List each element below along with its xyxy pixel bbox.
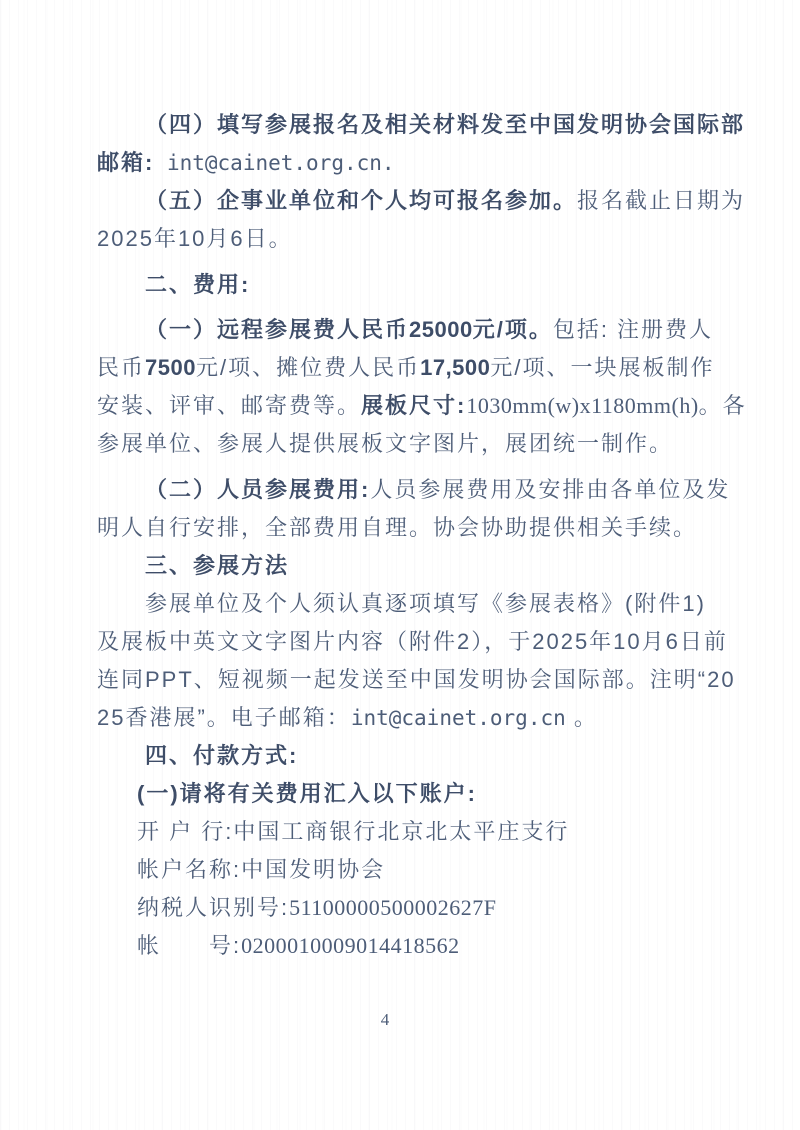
item-4-line-1: （四）填写参展报名及相关材料发至中国发明协会国际部: [97, 106, 713, 144]
fee-1-line-1-seg-1: 25000: [409, 317, 473, 342]
item-4-line-2: 邮箱: int@cainet.org.cn.: [97, 144, 713, 182]
fee-2-line-1-seg-1: 人员参展费用及安排由各单位及发: [370, 477, 730, 502]
fee-1-line-1: （一）远程参展费人民币25000元/项。包括: 注册费人: [97, 311, 713, 349]
taxpayer-id-line: 纳税人识别号:51100000500002627F: [97, 889, 713, 927]
item-5-line-1-seg-0: （五）企事业单位和个人均可报名参加。: [145, 188, 577, 213]
fee-1-line-2-seg-1: 7500: [145, 355, 196, 380]
payment-subheading: (一)请将有关费用汇入以下账户:: [97, 775, 713, 813]
fee-2-line-2-seg-0: 明人自行安排，全部费用自理。协会协助提供相关手续。: [97, 515, 697, 540]
taxpayer-id-line-seg-1: 51100000500002627F: [289, 895, 496, 920]
fee-1-line-1-seg-3: 包括: 注册费人: [553, 317, 713, 342]
method-line-4-seg-0: 25香港展”。电子邮箱：: [97, 705, 351, 730]
fee-1-line-4: 参展单位、参展人提供展板文字图片，展团统一制作。: [97, 425, 713, 463]
fee-1-line-4-seg-0: 参展单位、参展人提供展板文字图片，展团统一制作。: [97, 431, 673, 456]
method-line-1: 参展单位及个人须认真逐项填写《参展表格》(附件1): [97, 585, 713, 623]
section-2-heading: 二、费用:: [97, 266, 713, 304]
section-3-heading: 三、参展方法: [97, 547, 713, 585]
section-3-heading-seg-0: 三、参展方法: [145, 553, 289, 578]
section-4-heading: 四、付款方式:: [97, 737, 713, 775]
account-number-line-seg-0: 帐 号:: [137, 933, 241, 958]
item-5-line-1: （五）企事业单位和个人均可报名参加。报名截止日期为: [97, 182, 713, 220]
method-line-2-seg-0: 及展板中英文文字图片内容（附件2），于2025年10月6日前: [97, 629, 728, 654]
method-line-4-seg-1: int@cainet.org.cn: [351, 706, 566, 730]
section-2-heading-seg-0: 二、费用:: [145, 272, 250, 297]
bank-name-line-seg-0: 开 户 行:中国工商银行北京北太平庄支行: [137, 819, 569, 844]
page-number: 4: [0, 1010, 770, 1030]
item-5-line-2: 2025年10月6日。: [97, 220, 713, 258]
fee-1-line-3-seg-3: 。各: [699, 393, 747, 418]
account-number-line: 帐 号:0200010009014418562: [97, 927, 713, 965]
section-4-heading-seg-0: 四、付款方式:: [145, 743, 298, 768]
item-4-line-2-seg-1: int@cainet.org.cn.: [154, 151, 394, 175]
fee-2-line-1: （二）人员参展费用:人员参展费用及安排由各单位及发: [97, 471, 713, 509]
fee-1-line-2: 民币7500元/项、摊位费人民币17,500元/项、一块展板制作: [97, 349, 713, 387]
fee-1-line-2-seg-4: 元/项、一块展板制作: [490, 355, 714, 380]
scanned-document-page: { "page": { "number": "4", "background":…: [0, 0, 800, 1130]
account-name-line-seg-0: 帐户名称:中国发明协会: [137, 857, 385, 882]
account-name-line: 帐户名称:中国发明协会: [97, 851, 713, 889]
method-line-4: 25香港展”。电子邮箱：int@cainet.org.cn 。: [97, 699, 713, 737]
fee-1-line-3-seg-0: 安装、评审、邮寄费等。: [97, 393, 361, 418]
method-line-3: 连同PPT、短视频一起发送至中国发明协会国际部。注明“20: [97, 661, 713, 699]
payment-subheading-seg-0: (一)请将有关费用汇入以下账户:: [137, 781, 477, 806]
document-text-block: （四）填写参展报名及相关材料发至中国发明协会国际部邮箱: int@cainet.…: [97, 106, 713, 965]
fee-1-line-1-seg-2: 元/项。: [473, 317, 553, 342]
taxpayer-id-line-seg-0: 纳税人识别号:: [137, 895, 289, 920]
method-line-1-seg-0: 参展单位及个人须认真逐项填写《参展表格》(附件1): [145, 591, 706, 616]
account-number-line-seg-1: 0200010009014418562: [241, 933, 460, 958]
fee-1-line-3-seg-1: 展板尺寸:: [361, 393, 466, 418]
fee-1-line-2-seg-2: 元/项、摊位费人民币: [196, 355, 420, 380]
item-4-line-2-seg-0: 邮箱:: [97, 150, 154, 175]
fee-1-line-1-seg-0: （一）远程参展费人民币: [145, 317, 409, 342]
item-4-line-1-seg-0: （四）填写参展报名及相关材料发至中国发明协会国际部: [145, 112, 745, 137]
fee-1-line-2-seg-3: 17,500: [420, 355, 490, 380]
item-5-line-1-seg-1: 报名截止日期为: [577, 188, 745, 213]
fee-1-line-3: 安装、评审、邮寄费等。展板尺寸:1030mm(w)x1180mm(h)。各: [97, 387, 713, 425]
method-line-2: 及展板中英文文字图片内容（附件2），于2025年10月6日前: [97, 623, 713, 661]
bank-name-line: 开 户 行:中国工商银行北京北太平庄支行: [97, 813, 713, 851]
fee-1-line-2-seg-0: 民币: [97, 355, 145, 380]
fee-1-line-3-seg-2: 1030mm(w)x1180mm(h): [466, 393, 698, 418]
method-line-4-seg-2: 。: [566, 705, 598, 730]
fee-2-line-2: 明人自行安排，全部费用自理。协会协助提供相关手续。: [97, 509, 713, 547]
item-5-line-2-seg-0: 2025年10月6日。: [97, 226, 293, 251]
fee-2-line-1-seg-0: （二）人员参展费用:: [145, 477, 370, 502]
method-line-3-seg-0: 连同PPT、短视频一起发送至中国发明协会国际部。注明“20: [97, 667, 736, 692]
